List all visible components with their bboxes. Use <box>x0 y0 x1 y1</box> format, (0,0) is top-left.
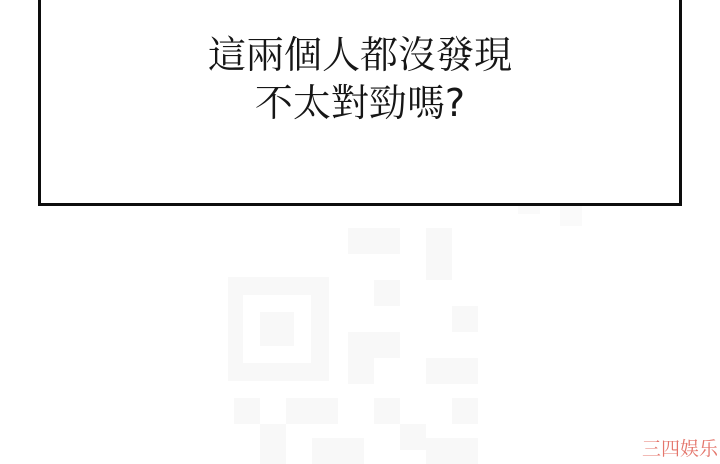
site-watermark: 三四娱乐 <box>642 439 718 459</box>
caption-box: 這兩個人都沒發現 不太對勁嗎? <box>38 0 682 206</box>
comic-panel: 這兩個人都沒發現 不太對勁嗎? 三四娱乐 <box>0 0 720 464</box>
caption-line-1: 這兩個人都沒發現 <box>208 31 512 79</box>
qr-ghost-watermark <box>228 228 490 464</box>
caption-line-2: 不太對勁嗎? <box>255 79 465 127</box>
